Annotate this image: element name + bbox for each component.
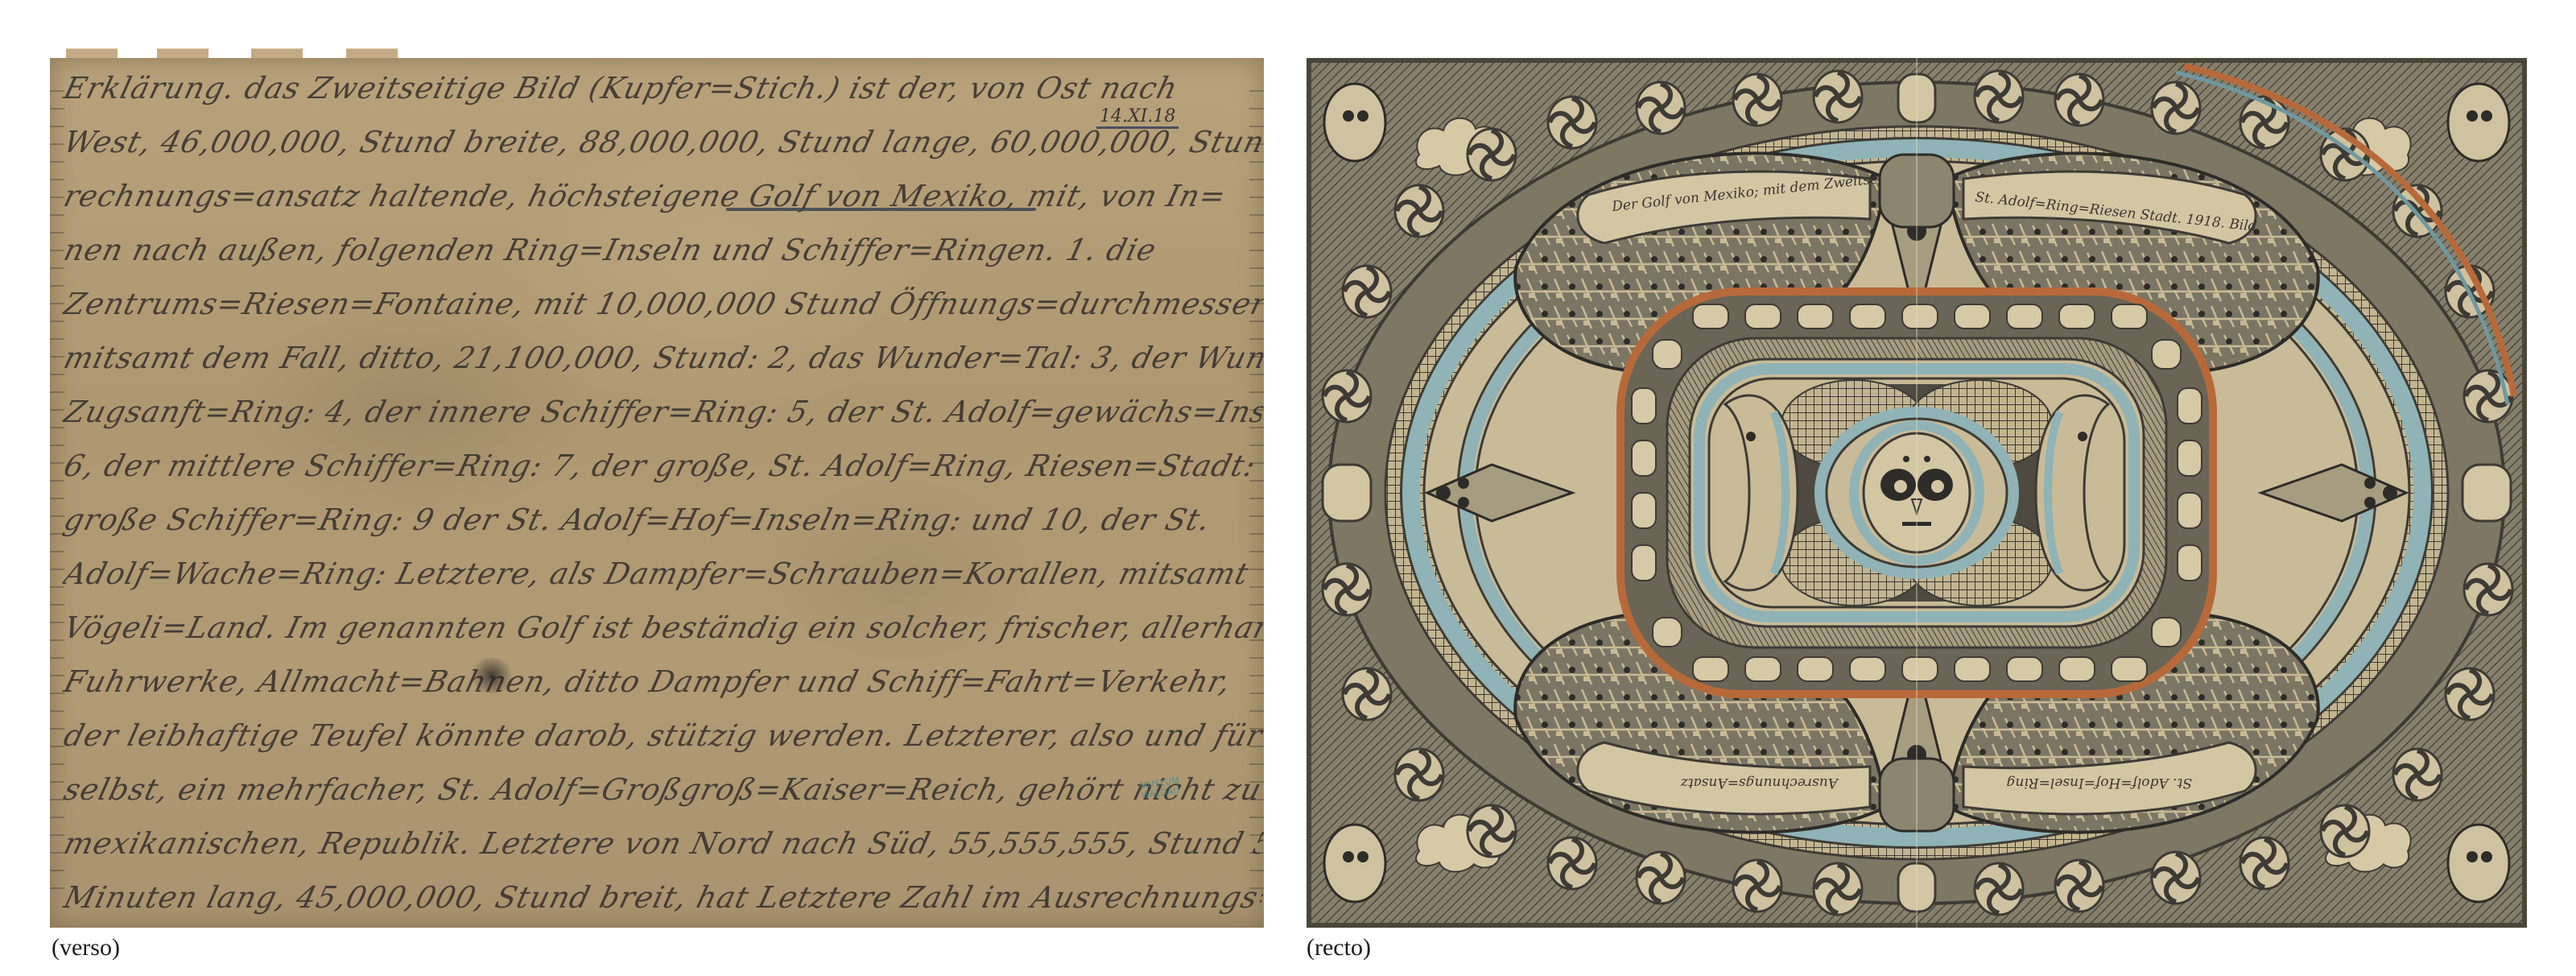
manuscript-line: der leibhaftige Teufel könnte darob, stü… — [58, 709, 1264, 763]
banner-text-bottom-right: St. Adolf=Hof=Insel=Ring — [2006, 775, 2192, 791]
underline-stroke — [726, 208, 1036, 211]
manuscript-line: selbst, ein mehrfacher, St. Adolf=Großgr… — [58, 763, 1264, 817]
caption-recto: (recto) — [1307, 934, 1371, 962]
manuscript-line: 6, der mittlere Schiffer=Ring: 7, der gr… — [58, 439, 1264, 493]
manuscript-line: mitsamt dem Fall, ditto, 21,100,000, Stu… — [58, 331, 1264, 385]
drawing-artwork: Der Golf von Mexiko; mit dem Zweitseitig… — [1307, 58, 2527, 928]
manuscript-line: West, 46,000,000, Stund breite, 88,000,0… — [58, 115, 1264, 169]
manuscript-line: Vögeli=Land. Im genannten Golf ist bestä… — [58, 601, 1264, 655]
verso-manuscript-image: Erklärung. das Zweitseitige Bild (Kupfer… — [50, 58, 1264, 928]
manuscript-line: Minuten lang, 45,000,000, Stund breit, h… — [58, 871, 1264, 924]
manuscript-line: Zugsanft=Ring: 4, der innere Schiffer=Ri… — [58, 385, 1264, 439]
manuscript-line: Adolf=Wache=Ring: Letztere, als Dampfer=… — [58, 547, 1264, 601]
handwritten-text: Erklärung. das Zweitseitige Bild (Kupfer… — [58, 61, 1256, 924]
manuscript-line: Fuhrwerke, Allmacht=Bahnen, ditto Dampfe… — [58, 655, 1264, 709]
manuscript-line: rechnungs=ansatz haltende, höchsteigene … — [58, 169, 1264, 223]
caption-verso: (verso) — [52, 934, 120, 962]
banner-text-bottom-left: Ausrechnungs=Ansatz — [1680, 775, 1839, 791]
manuscript-line: nen nach außen, folgenden Ring=Inseln un… — [58, 223, 1264, 277]
manuscript-line: Erklärung. das Zweitseitige Bild (Kupfer… — [58, 61, 1264, 115]
manuscript-line: Zentrums=Riesen=Fontaine, mit 10,000,000… — [58, 277, 1264, 331]
ink-smudge — [469, 658, 515, 693]
manuscript-line: große Schiffer=Ring: 9 der St. Adolf=Hof… — [58, 493, 1264, 547]
recto-drawing-image: Der Golf von Mexiko; mit dem Zweitseitig… — [1307, 58, 2527, 928]
manuscript-line: mexikanischen, Republik. Letztere von No… — [58, 817, 1264, 871]
date-annotation: 14.XI.18 — [1096, 106, 1179, 129]
